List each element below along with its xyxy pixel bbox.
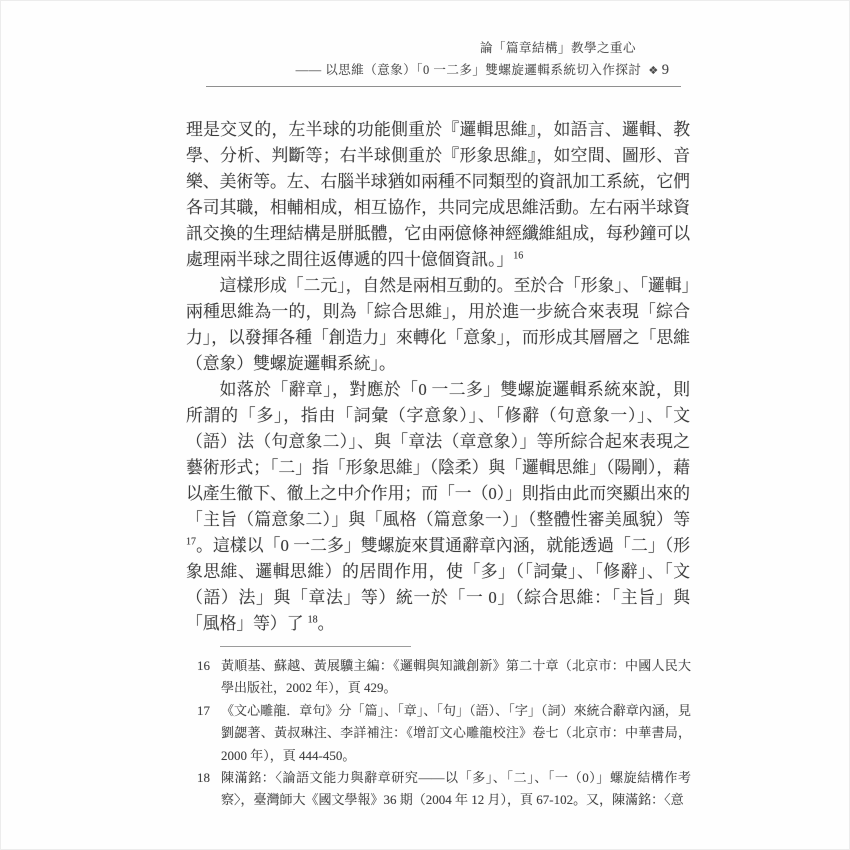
header-rule: [206, 86, 681, 87]
paragraph-text: 。這樣以「0 一二多」雙螺旋來貫通辭章內涵，就能透過「二」（形象思維、邏輯思維）…: [186, 536, 690, 633]
diamond-ornament-icon: ❖: [648, 64, 658, 77]
paragraph: 如落於「辭章」，對應於「0 一二多」雙螺旋邏輯系統來說，則所謂的「多」，指由「詞…: [186, 377, 690, 637]
paragraph-text: 理是交叉的，左半球的功能側重於『邏輯思維』，如語言、邏輯、教學、分析、判斷等；右…: [186, 120, 690, 269]
running-title-line2-row: —— 以思維（意象）「0 一二多」雙螺旋邏輯系統切入作探討❖9: [206, 61, 681, 80]
paragraph: 這樣形成「二元」，自然是兩相互動的。至於合「形象」、「邏輯」兩種思維為一的，則為…: [186, 273, 690, 377]
footnote: 17《文心雕龍．章句》分「篇」、「章」、「句」（語）、「字」（詞）來統合辭章內涵…: [197, 700, 691, 767]
footnote: 18陳滿銘：〈論語文能力與辭章研究——以「多」、「二」、「一（0）」螺旋結構作考…: [197, 767, 691, 812]
paragraph-text: 如落於「辭章」，對應於「0 一二多」雙螺旋邏輯系統來說，則所謂的「多」，指由「詞…: [186, 380, 690, 529]
paragraph-text: 。: [318, 614, 335, 633]
footnotes: 16黃順基、蘇越、黃展驥主編：《邏輯與知識創新》第二十章（北京市：中國人民大學出…: [197, 655, 691, 812]
footnote: 16黃順基、蘇越、黃展驥主編：《邏輯與知識創新》第二十章（北京市：中國人民大學出…: [197, 655, 691, 700]
page-number: 9: [662, 62, 669, 78]
paragraph-text: 這樣形成「二元」，自然是兩相互動的。至於合「形象」、「邏輯」兩種思維為一的，則為…: [186, 276, 690, 373]
footnote-text: 《文心雕龍．章句》分「篇」、「章」、「句」（語）、「字」（詞）來統合辭章內涵，見…: [221, 703, 691, 763]
running-title-line1: 論「篇章結構」教學之重心: [206, 39, 681, 58]
footnote-text: 陳滿銘：〈論語文能力與辭章研究——以「多」、「二」、「一（0）」螺旋結構作考察〉…: [221, 770, 691, 807]
running-header: 論「篇章結構」教學之重心 —— 以思維（意象）「0 一二多」雙螺旋邏輯系統切入作…: [206, 39, 681, 80]
scanned-book-page: 論「篇章結構」教學之重心 —— 以思維（意象）「0 一二多」雙螺旋邏輯系統切入作…: [0, 0, 850, 850]
paragraph: 理是交叉的，左半球的功能側重於『邏輯思維』，如語言、邏輯、教學、分析、判斷等；右…: [186, 117, 690, 273]
footnote-ref: 16: [513, 250, 523, 261]
footnote-ref: 17: [186, 536, 196, 547]
footnote-number: 17: [197, 700, 210, 722]
footnote-text: 黃順基、蘇越、黃展驥主編：《邏輯與知識創新》第二十章（北京市：中國人民大學出版社…: [221, 658, 691, 695]
body-text: 理是交叉的，左半球的功能側重於『邏輯思維』，如語言、邏輯、教學、分析、判斷等；右…: [186, 117, 690, 637]
running-title-line2: —— 以思維（意象）「0 一二多」雙螺旋邏輯系統切入作探討: [296, 63, 642, 77]
footnote-number: 16: [197, 655, 210, 677]
footnote-divider: [220, 646, 411, 647]
footnote-number: 18: [197, 767, 210, 789]
footnote-ref: 18: [308, 614, 318, 625]
